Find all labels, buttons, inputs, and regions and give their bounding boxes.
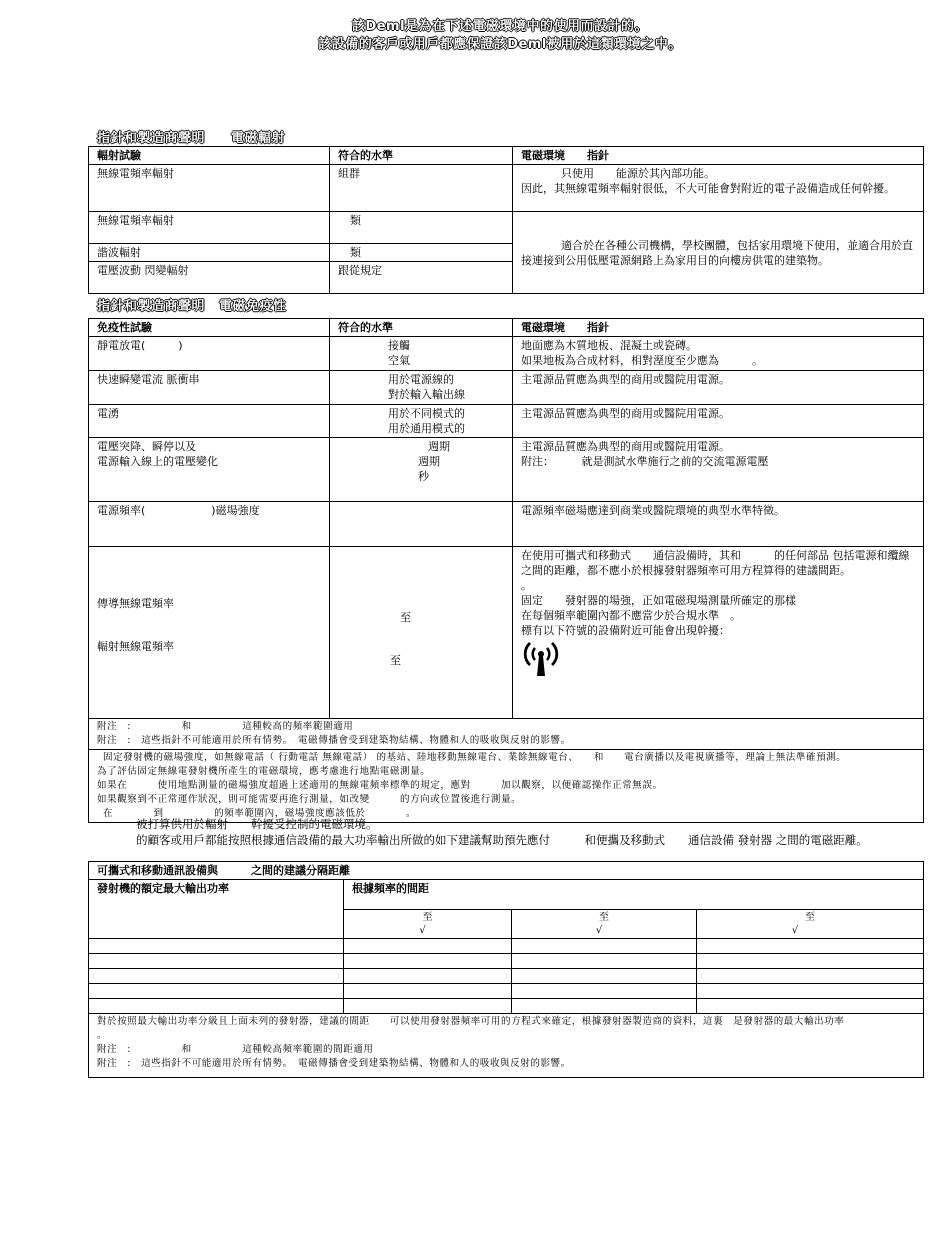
cell <box>697 984 924 999</box>
header-line-2: 該設備的客戶或用戶都應保證該Deml被用於這類環境之中。 <box>0 33 950 52</box>
cell <box>697 939 924 954</box>
env-cell: 適合於在各種公司機構，學校團體，包括家用環境下使用，並適合用於直接連接到公用低壓… <box>513 212 924 294</box>
env-text: 如果地板為合成材料，相對溼度至少應為 。 <box>521 353 915 368</box>
separation-title: 可攜式和移動通訊設備與 之間的建議分隔距離 <box>89 862 924 880</box>
test-cell: 電湧 <box>89 405 330 438</box>
cell <box>344 939 512 954</box>
level-cell: 接觸 空氣 <box>330 337 513 371</box>
freq-header-cell: 至 √ <box>344 910 512 939</box>
env-text: 因此，其無線電頻率輻射很低，不大可能會對附近的電子設備造成任何幹擾。 <box>521 181 915 196</box>
env-cell: 電源頻率磁場應達到商業或醫院環境的典型水準特徵。 <box>513 502 924 547</box>
note-text: 為了評估固定無線電發射機所產生的電磁環境，應考慮進行地點電磁測量。 <box>97 765 915 779</box>
freq-range: 至 <box>352 911 503 924</box>
freq-range: 至 <box>705 911 915 924</box>
emission-title-left: 指針和製造商聲明 <box>97 131 205 146</box>
note-text: 如果觀察到不正常運作狀況，則可能需要再進行測量，如改變 的方向或位置後進行測量。 <box>97 793 915 807</box>
table-row <box>89 954 924 969</box>
env-text: 附注： 就是測試水準施行之前的交流電源電壓 <box>521 454 915 469</box>
test-cell: 電源頻率( )磁場強度 <box>89 502 330 547</box>
freq-header-cell: 至 √ <box>697 910 924 939</box>
cell <box>89 984 344 999</box>
header-cell: 電磁環境 指針 <box>513 319 924 337</box>
level-cell: 類 <box>330 212 513 244</box>
emission-table: 輻射試驗 符合的水準 電磁環境 指針 無線電頻率輻射 組群 只使用 能源於其內部… <box>88 146 924 294</box>
immunity-title-right: 電磁免疫性 <box>219 299 287 314</box>
immunity-table: 免疫性試驗 符合的水準 電磁環境 指針 靜電放電( ) 接觸 空氣 地面應為木質… <box>88 318 924 823</box>
test-text: 傳導無線電頻率 <box>97 596 321 611</box>
cell <box>512 939 697 954</box>
env-cell: 主電源品質應為典型的商用或醫院用電源。 <box>513 405 924 438</box>
non-ionizing-radiation-icon <box>521 640 561 678</box>
table-row: 電壓突降、瞬停以及 電源輸入線上的電壓變化 週期 週期 秒 主電源品質應為典型的… <box>89 438 924 502</box>
cell <box>512 969 697 984</box>
note-text: 附注 : 和 這種較高的頻率範圍適用 <box>97 720 915 734</box>
level-text: 用於不同模式的 <box>388 406 504 421</box>
level-cell: 類 <box>330 244 513 262</box>
freq-range: 至 <box>520 911 688 924</box>
level-text: 空氣 <box>388 353 504 368</box>
env-cell: 主電源品質應為典型的商用或醫院用電源。 <box>513 371 924 405</box>
cell <box>512 999 697 1014</box>
table-header-row: 免疫性試驗 符合的水準 電磁環境 指針 <box>89 319 924 337</box>
level-text: 至 <box>338 653 504 668</box>
env-text: 主電源品質應為典型的商用或醫院用電源。 <box>521 439 915 454</box>
env-cell: 地面應為木質地板、混凝土或瓷磚。 如果地板為合成材料，相對溼度至少應為 。 <box>513 337 924 371</box>
level-text: 週期 <box>338 454 504 469</box>
distance-header: 根據頻率的間距 <box>344 880 924 910</box>
env-cell: 只使用 能源於其內部功能。 因此，其無線電頻率輻射很低，不大可能會對附近的電子設… <box>513 165 924 212</box>
level-text: 用於電源線的 <box>388 372 504 387</box>
level-text: 至 <box>338 610 504 625</box>
table-row: 電湧 用於不同模式的 用於通用模式的 主電源品質應為典型的商用或醫院用電源。 <box>89 405 924 438</box>
test-cell: 傳導無線電頻率 輻射無線電頻率 <box>89 547 330 719</box>
cell <box>697 999 924 1014</box>
level-cell: 週期 週期 秒 <box>330 438 513 502</box>
table-row: 電源頻率( )磁場強度 電源頻率磁場應達到商業或醫院環境的典型水準特徵。 <box>89 502 924 547</box>
table-row <box>89 984 924 999</box>
header-cell: 符合的水準 <box>330 147 513 165</box>
level-cell: 至 至 <box>330 547 513 719</box>
test-cell: 電壓波動 閃變輻射 <box>89 262 330 294</box>
sqrt-symbol: √ <box>510 924 688 937</box>
table-row: 無線電頻率輻射 組群 只使用 能源於其內部功能。 因此，其無線電頻率輻射很低，不… <box>89 165 924 212</box>
cell <box>89 999 344 1014</box>
table-header-row: 輻射試驗 符合的水準 電磁環境 指針 <box>89 147 924 165</box>
cell <box>344 969 512 984</box>
test-cell: 無線電頻率輻射 <box>89 165 330 212</box>
cell <box>697 954 924 969</box>
immunity-title: 指針和製造商聲明電磁免疫性 <box>97 295 287 314</box>
level-cell: 組群 <box>330 165 513 212</box>
test-cell: 諧波輻射 <box>89 244 330 262</box>
power-header: 發射機的額定最大輸出功率 <box>89 880 344 939</box>
header-cell: 免疫性試驗 <box>89 319 330 337</box>
env-cell: 主電源品質應為典型的商用或醫院用電源。 附注： 就是測試水準施行之前的交流電源電… <box>513 438 924 502</box>
env-text: 固定 發射器的場強，正如電磁現場測量所確定的那樣 <box>521 593 915 608</box>
test-cell: 無線電頻率輻射 <box>89 212 330 244</box>
notes-row: 對於按照最大輸出功率分級且上面未列的發射器，建議的間距 可以使用發射器頻率可用的… <box>89 1014 924 1078</box>
note-text: 固定發射機的磁場強度，如無線電話（ 行動電話 無線電話） 的基站、陸地移動無線電… <box>97 751 915 765</box>
freq-header-cell: 至 √ <box>512 910 697 939</box>
test-cell: 快速瞬變電流 脈衝串 <box>89 371 330 405</box>
level-text: 秒 <box>338 469 504 484</box>
separation-table: 可攜式和移動通訊設備與 之間的建議分隔距離 發射機的額定最大輸出功率 根據頻率的… <box>88 861 924 1078</box>
test-cell: 靜電放電( ) <box>89 337 330 371</box>
cell <box>344 999 512 1014</box>
header-line-1: 該Deml是為在下述電磁環境中的使用而設計的。 <box>0 15 950 34</box>
level-cell: 用於電源線的 對於輸入輸出線 <box>330 371 513 405</box>
intro-line-1: 被打算供用於輻射 幹擾受控制的電磁環境。 <box>136 816 378 832</box>
emission-title-right: 電磁輻射 <box>231 131 285 146</box>
env-text: 只使用 能源於其內部功能。 <box>521 166 915 181</box>
test-cell: 電壓突降、瞬停以及 電源輸入線上的電壓變化 <box>89 438 330 502</box>
intro-line-2: 的顧客或用戶都能按照根據通信設備的最大功率輸出所做的如下建議幫助預先應付 和便攜… <box>136 832 868 848</box>
cell <box>89 939 344 954</box>
level-text: 接觸 <box>388 338 504 353</box>
test-text: 電源輸入線上的電壓變化 <box>97 454 321 469</box>
env-text: 在使用可攜式和移動式 通信設備時，其和 的任何部品 包括電源和纜線 之間的距離，… <box>521 548 915 578</box>
cell <box>344 954 512 969</box>
table-row: 無線電頻率輻射 類 適合於在各種公司機構，學校團體，包括家用環境下使用，並適合用… <box>89 212 924 244</box>
sqrt-symbol: √ <box>675 924 915 937</box>
env-text: 地面應為木質地板、混凝土或瓷磚。 <box>521 338 915 353</box>
env-cell: 在使用可攜式和移動式 通信設備時，其和 的任何部品 包括電源和纜線 之間的距離，… <box>513 547 924 719</box>
env-text: 。 <box>521 578 915 593</box>
separation-title-row: 可攜式和移動通訊設備與 之間的建議分隔距離 <box>89 862 924 880</box>
notes-row: 附注 : 和 這種較高的頻率範圍適用 附注 : 這些指針不可能適用於所有情勢。 … <box>89 719 924 750</box>
note-text: 附注 : 和 這種較高頻率範圍的間距適用 <box>97 1043 915 1057</box>
table-row <box>89 999 924 1014</box>
note-text: 對於按照最大輸出功率分級且上面未列的發射器，建議的間距 可以使用發射器頻率可用的… <box>97 1015 915 1029</box>
env-text: 在每個頻率範圍內都不應當少於合規水準 。 <box>521 608 915 623</box>
table-row <box>89 939 924 954</box>
cell <box>697 969 924 984</box>
level-cell: 用於不同模式的 用於通用模式的 <box>330 405 513 438</box>
level-text: 週期 <box>338 439 504 454</box>
table-row: 靜電放電( ) 接觸 空氣 地面應為木質地板、混凝土或瓷磚。 如果地板為合成材料… <box>89 337 924 371</box>
note-text: 如果在 使用地點測量的磁場強度超過上述適用的無線電頻率標準的規定，應對 加以觀察… <box>97 779 915 793</box>
note-text: 附注 : 這些指針不可能適用於所有情勢。 電磁傳播會受到建築物結構、物體和人的吸… <box>97 1057 915 1071</box>
immunity-title-left: 指針和製造商聲明 <box>97 299 205 314</box>
cell <box>512 984 697 999</box>
emission-title: 指針和製造商聲明電磁輻射 <box>97 127 285 146</box>
table-row-rf: 傳導無線電頻率 輻射無線電頻率 至 至 在使用可攜式和移動式 通信設備時，其和 … <box>89 547 924 719</box>
test-text: 電壓突降、瞬停以及 <box>97 439 321 454</box>
cell <box>89 954 344 969</box>
separation-header-row: 發射機的額定最大輸出功率 根據頻率的間距 <box>89 880 924 910</box>
note-text: 附注 : 這些指針不可能適用於所有情勢。 電磁傳播會受到建築物結構、物體和人的吸… <box>97 734 915 748</box>
table-row <box>89 969 924 984</box>
level-text: 對於輸入輸出線 <box>388 387 504 402</box>
note-text: 。 <box>97 1029 915 1043</box>
notes-row: 固定發射機的磁場強度，如無線電話（ 行動電話 無線電話） 的基站、陸地移動無線電… <box>89 750 924 823</box>
level-cell <box>330 502 513 547</box>
table-row: 快速瞬變電流 脈衝串 用於電源線的 對於輸入輸出線 主電源品質應為典型的商用或醫… <box>89 371 924 405</box>
header-cell: 電磁環境 指針 <box>513 147 924 165</box>
cell <box>344 984 512 999</box>
cell <box>89 969 344 984</box>
header-cell: 輻射試驗 <box>89 147 330 165</box>
env-text: 標有以下符號的設備附近可能會出現幹擾： <box>521 623 915 638</box>
header-cell: 符合的水準 <box>330 319 513 337</box>
level-text: 用於通用模式的 <box>388 421 504 436</box>
sqrt-symbol: √ <box>342 924 503 937</box>
cell <box>512 954 697 969</box>
test-text: 輻射無線電頻率 <box>97 639 321 654</box>
level-cell: 跟從規定 <box>330 262 513 294</box>
